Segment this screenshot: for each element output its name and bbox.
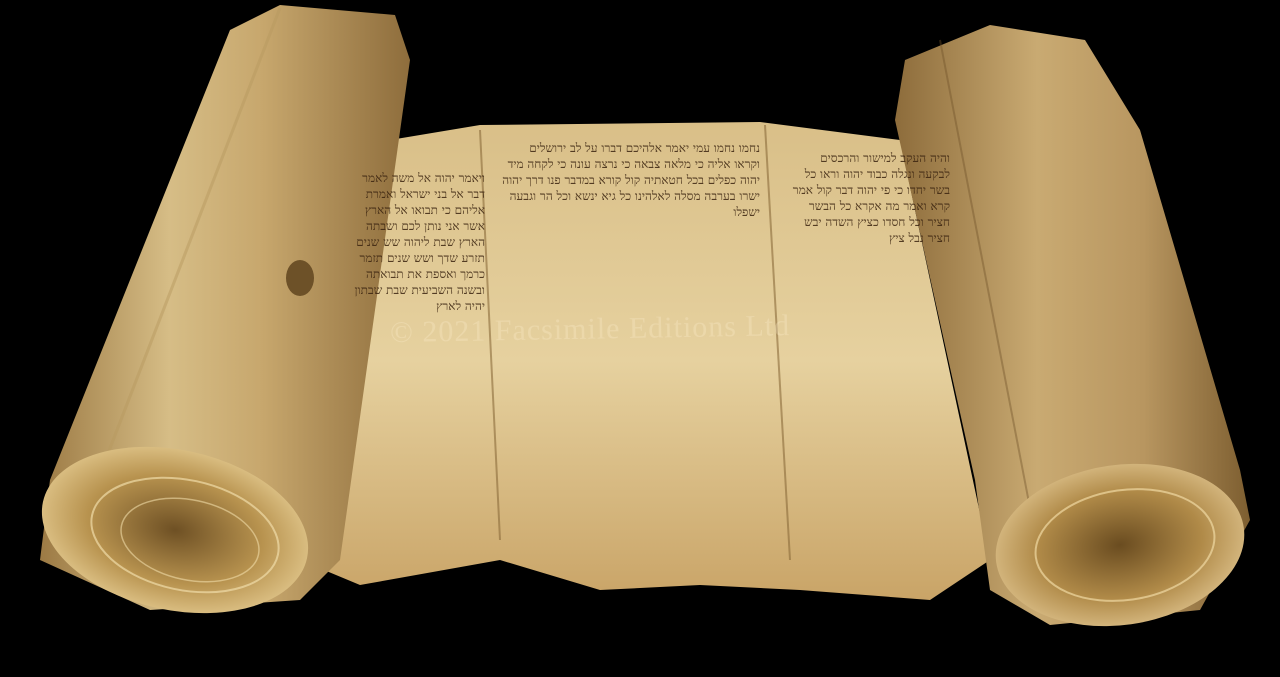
text-column-left: ויאמר יהוה אל משה לאמר דבר אל בני ישראל … xyxy=(345,170,485,530)
text-column-right: והיה העקב למישור והרכסים לבקעה ונגלה כבו… xyxy=(790,150,950,550)
scroll-photo: ויאמר יהוה אל משה לאמר דבר אל בני ישראל … xyxy=(0,0,1280,677)
text-column-center: נחמו נחמו עמי יאמר אלהיכם דברו על לב ירו… xyxy=(500,140,760,560)
